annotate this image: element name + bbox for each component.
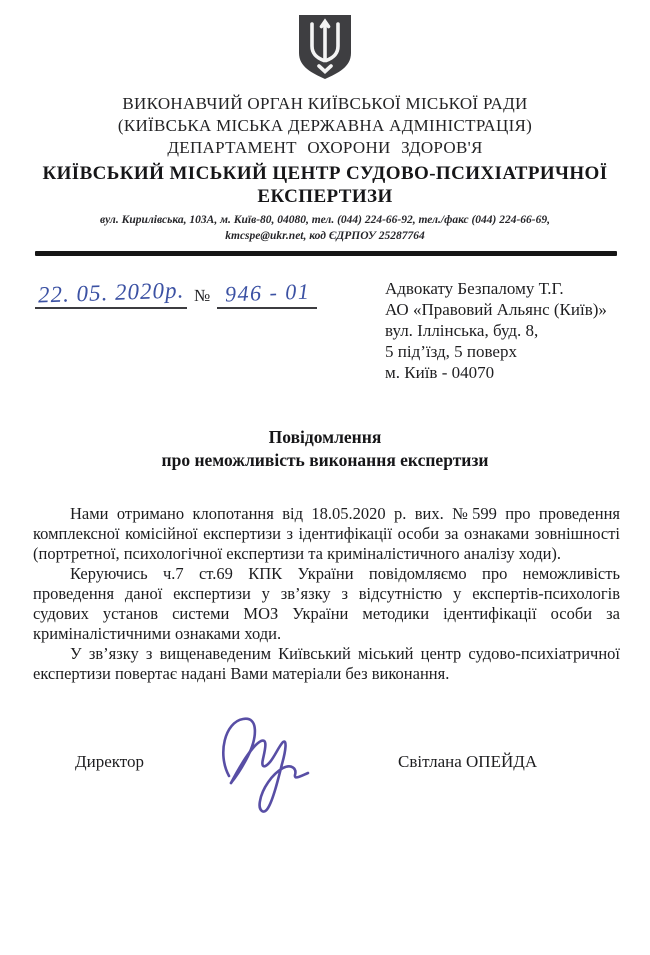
body-paragraph: Керуючись ч.7 ст.69 КПК України повідомл… [33, 564, 620, 644]
document-title: Повідомлення про неможливість виконання … [0, 426, 650, 472]
body-paragraph: У зв’язку з вищенаведеним Київський місь… [33, 644, 620, 684]
signature-row: Директор Світлана ОПЕЙДА [0, 714, 650, 829]
signer-name: Світлана ОПЕЙДА [398, 752, 537, 772]
signer-position-label: Директор [75, 752, 144, 772]
org-header: ВИКОНАВЧИЙ ОРГАН КИЇВСЬКОЇ МІСЬКОЇ РАДИ … [0, 93, 650, 159]
handwritten-date: 22. 05. 2020р. [37, 277, 184, 308]
recipient-line: вул. Іллінська, буд. 8, [385, 320, 607, 341]
recipient-block: Адвокату Безпалому Т.Г. АО «Правовий Аль… [385, 278, 607, 383]
letter-body: Нами отримано клопотання від 18.05.2020 … [33, 504, 620, 684]
recipient-line: Адвокату Безпалому Т.Г. [385, 278, 607, 299]
org-line-1: ВИКОНАВЧИЙ ОРГАН КИЇВСЬКОЇ МІСЬКОЇ РАДИ [0, 93, 650, 115]
handwritten-signature-icon [213, 712, 313, 821]
recipient-line: 5 під’їзд, 5 поверх [385, 341, 607, 362]
address-block: вул. Кирилівська, 103А, м. Київ-80, 0408… [0, 212, 650, 244]
scanned-letter-page: ВИКОНАВЧИЙ ОРГАН КИЇВСЬКОЇ МІСЬКОЇ РАДИ … [0, 0, 650, 955]
ukraine-trident-shield-icon [297, 13, 353, 81]
reference-row: 22. 05. 2020р. № 946 - 01 Адвокату Безпа… [0, 276, 650, 388]
date-field: 22. 05. 2020р. [35, 280, 187, 309]
recipient-line: м. Київ - 04070 [385, 362, 607, 383]
center-name-line-2: ЕКСПЕРТИЗИ [0, 185, 650, 208]
center-name: КИЇВСЬКИЙ МІСЬКИЙ ЦЕНТР СУДОВО-ПСИХІАТРИ… [0, 162, 650, 208]
org-line-3: ДЕПАРТАМЕНТ ОХОРОНИ ЗДОРОВ'Я [0, 137, 650, 159]
address-line-1: вул. Кирилівська, 103А, м. Київ-80, 0408… [0, 212, 650, 228]
document-title-line-1: Повідомлення [0, 426, 650, 449]
address-line-2: kmcspe@ukr.net, код ЄДРПОУ 25287764 [0, 228, 650, 244]
emblem-container [0, 0, 650, 81]
outgoing-number-field: 946 - 01 [217, 280, 317, 309]
reference-fields: 22. 05. 2020р. № 946 - 01 [35, 280, 317, 309]
center-name-line-1: КИЇВСЬКИЙ МІСЬКИЙ ЦЕНТР СУДОВО-ПСИХІАТРИ… [0, 162, 650, 185]
number-symbol: № [194, 286, 210, 306]
header-divider-rule [35, 251, 617, 256]
org-line-2: (КИЇВСЬКА МІСЬКА ДЕРЖАВНА АДМІНІСТРАЦІЯ) [0, 115, 650, 137]
body-paragraph: Нами отримано клопотання від 18.05.2020 … [33, 504, 620, 564]
handwritten-number: 946 - 01 [224, 279, 310, 308]
recipient-line: АО «Правовий Альянс (Київ)» [385, 299, 607, 320]
document-title-line-2: про неможливість виконання експертизи [0, 449, 650, 472]
